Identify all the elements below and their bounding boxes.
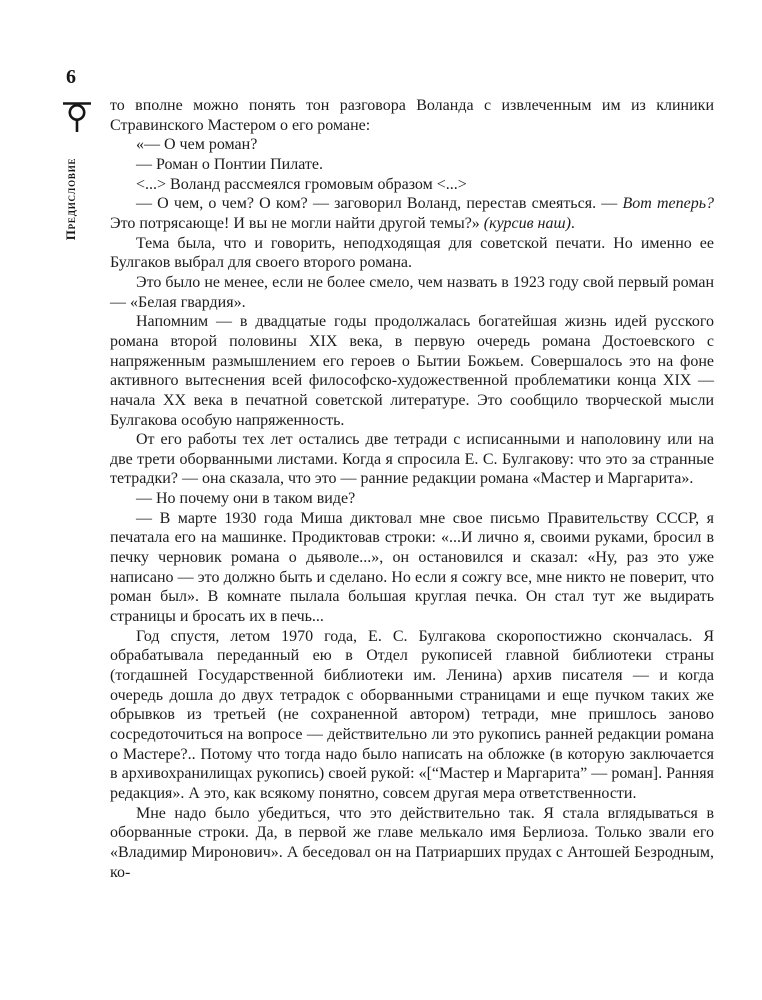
book-page: 6 Предисловие то вполне можно понять тон… — [0, 0, 762, 1000]
text-run: <...> Воланд рассмеялся громовым образом… — [136, 176, 467, 193]
emphasized-text: (курсив наш) — [484, 215, 571, 232]
paragraph: От его работы тех лет остались две тетра… — [110, 430, 714, 489]
text-run: От его работы тех лет остались две тетра… — [110, 431, 714, 487]
chapter-ornament-icon — [61, 100, 93, 136]
text-run: то вполне можно понять тон разговора Вол… — [110, 97, 714, 134]
text-run: Напомним — в двадцатые годы продолжалась… — [110, 313, 714, 428]
margin-running-title: Предисловие — [63, 158, 79, 241]
paragraph: Напомним — в двадцатые годы продолжалась… — [110, 312, 714, 430]
text-run: Мне надо было убедиться, что это действи… — [110, 805, 714, 881]
paragraph: Мне надо было убедиться, что это действи… — [110, 804, 714, 883]
paragraph: — Но почему они в таком виде? — [110, 489, 714, 509]
paragraph: — О чем, о чем? О ком? — заговорил Волан… — [110, 194, 714, 233]
paragraph: — Роман о Понтии Пилате. — [110, 155, 714, 175]
paragraph: Тема была, что и говорить, неподходящая … — [110, 234, 714, 273]
paragraph: «— О чем роман? — [110, 135, 714, 155]
text-run: — О чем, о чем? О ком? — заговорил Волан… — [136, 195, 622, 212]
paragraph: — В марте 1930 года Миша диктовал мне св… — [110, 509, 714, 627]
text-run: Год спустя, летом 1970 года, Е. С. Булга… — [110, 628, 714, 802]
paragraph: Это было не менее, если не более смело, … — [110, 273, 714, 312]
text-run: Это потрясающе! И вы не могли найти друг… — [110, 215, 484, 232]
text-run: — Но почему они в таком виде? — [136, 490, 355, 507]
page-number: 6 — [66, 66, 76, 89]
text-run: — В марте 1930 года Миша диктовал мне св… — [110, 510, 714, 625]
paragraph: Год спустя, летом 1970 года, Е. С. Булга… — [110, 627, 714, 804]
text-run: «— О чем роман? — [136, 136, 257, 153]
paragraph: то вполне можно понять тон разговора Вол… — [110, 96, 714, 135]
text-run: Тема была, что и говорить, неподходящая … — [110, 235, 714, 272]
paragraph: <...> Воланд рассмеялся громовым образом… — [110, 175, 714, 195]
text-run: . — [571, 215, 575, 232]
text-run: — Роман о Понтии Пилате. — [136, 156, 323, 173]
body-text: то вполне можно понять тон разговора Вол… — [110, 96, 714, 882]
text-run: Это было не менее, если не более смело, … — [110, 274, 714, 311]
emphasized-text: Вот теперь? — [622, 195, 714, 212]
